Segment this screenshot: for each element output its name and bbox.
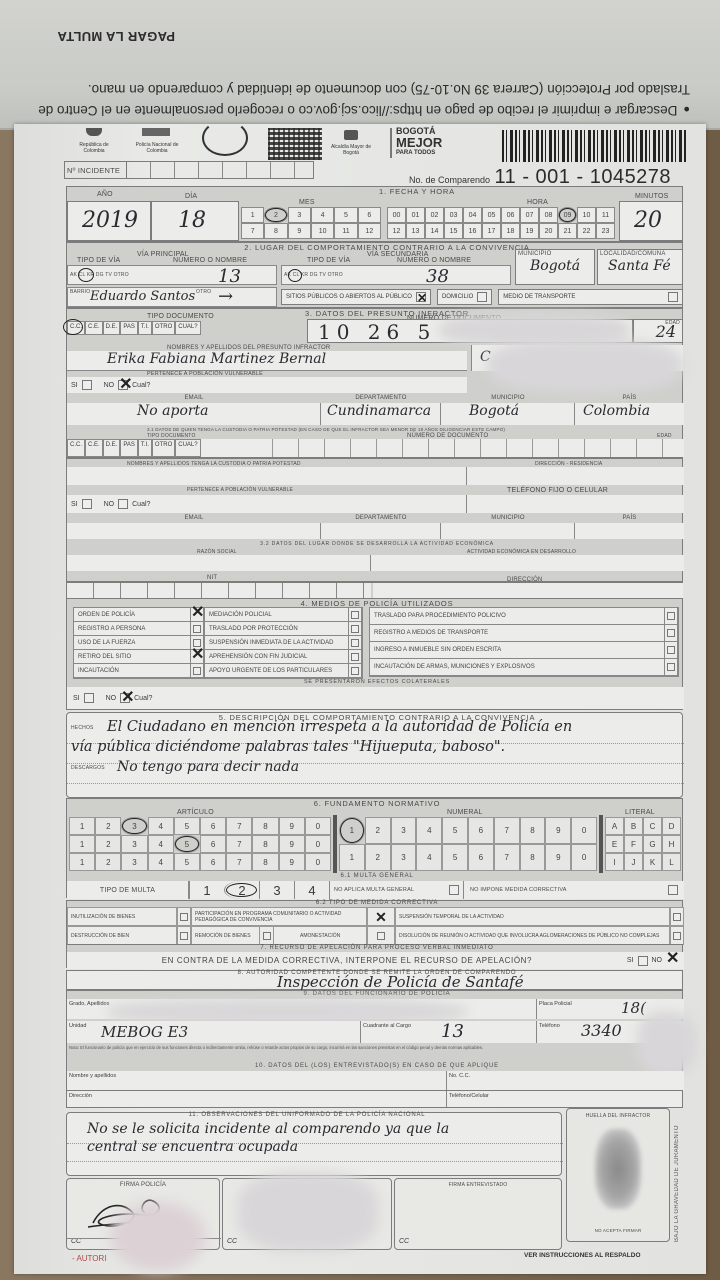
entrevistado-cc-field[interactable]: No. C.C. bbox=[447, 1071, 684, 1091]
domicilio-checkbox[interactable]: DOMICILIO bbox=[437, 289, 492, 305]
articulo-digit[interactable]: 0 bbox=[305, 817, 331, 835]
via-secundaria-kr-circle bbox=[288, 269, 302, 282]
numeral-digit[interactable]: 9 bbox=[545, 844, 571, 871]
numeral-digit[interactable]: 8 bbox=[520, 844, 546, 871]
medida-checkbox[interactable] bbox=[177, 926, 191, 945]
back-page: ●Descargar e imprimir el recibo de pago … bbox=[0, 0, 720, 130]
incidente-field[interactable]: Nº INCIDENTE bbox=[64, 161, 314, 179]
no-impone-medida-checkbox[interactable]: NO IMPONE MEDIDA CORRECTIVA bbox=[463, 881, 684, 899]
medio-checkbox[interactable]: TRASLADO POR PROTECCIÓN bbox=[205, 622, 362, 636]
numeral-digit[interactable]: 3 bbox=[391, 817, 417, 844]
section-fundamento: 6. FUNDAMENTO NORMATIVO ARTÍCULO NUMERAL… bbox=[66, 798, 683, 898]
medio-checkbox[interactable]: RETIRO DEL SITIO✕ bbox=[74, 650, 204, 664]
articulo-digit[interactable]: 9 bbox=[279, 835, 305, 853]
section-infractor: 3. DATOS DEL PRESUNTO INFRACTOR TIPO DOC… bbox=[66, 308, 683, 458]
legal-note: Nota: El funcionario de policía que en e… bbox=[69, 1045, 681, 1051]
section-lugar: 2. LUGAR DEL COMPORTAMIENTO CONTRARIO A … bbox=[66, 242, 683, 308]
tipo-doc-cc-circle bbox=[63, 319, 83, 335]
vulnerable-selector[interactable]: SI NO ✕ Cual? bbox=[67, 377, 467, 393]
articulo-digit[interactable]: 0 bbox=[305, 853, 331, 871]
section-apelacion: 7. RECURSO DE APELACIÓN PARA PROCESO VER… bbox=[66, 944, 683, 968]
hora-option[interactable]: 14 bbox=[425, 223, 444, 239]
articulo-digit[interactable]: 8 bbox=[252, 835, 278, 853]
mes-selector[interactable]: 123456789101112 bbox=[241, 207, 381, 239]
tipo-documento-option[interactable]: OTRO bbox=[152, 439, 175, 457]
x-mark-icon: ✕ bbox=[119, 380, 132, 390]
medio-transporte-checkbox[interactable]: MEDIO DE TRANSPORTE bbox=[498, 289, 683, 305]
medio-checkbox[interactable]: TRASLADO PARA PROCEDIMIENTO POLICIVO bbox=[370, 608, 678, 625]
articulo-digit[interactable]: 1 bbox=[69, 817, 95, 835]
literal-option[interactable]: G bbox=[643, 835, 662, 853]
custodia-direccion-field[interactable] bbox=[467, 467, 684, 485]
redacted-phone bbox=[637, 1011, 697, 1075]
section-fecha-hora: 1. FECHA Y HORA AÑO DÍA 2019 18 MES 1234… bbox=[66, 186, 683, 242]
autoridad-field[interactable]: Inspección de Policía de Santafé bbox=[277, 973, 524, 991]
articulo-digit[interactable]: 9 bbox=[279, 853, 305, 871]
articulo-digit[interactable]: 8 bbox=[252, 853, 278, 871]
observaciones-line-2[interactable]: central se encuentra ocupada bbox=[87, 1139, 298, 1155]
hora-option[interactable]: 16 bbox=[463, 223, 482, 239]
firma-entrevistado-box[interactable]: FIRMA ENTREVISTADO CC bbox=[394, 1178, 562, 1250]
articulo-digit[interactable]: 1 bbox=[69, 835, 95, 853]
medio-checkbox[interactable]: MEDIACIÓN POLICIAL bbox=[205, 608, 362, 622]
anio-field[interactable]: 2019 bbox=[67, 201, 151, 241]
observaciones-line-1[interactable]: No se le solicita incidente al comparend… bbox=[87, 1121, 449, 1137]
literal-option[interactable]: B bbox=[624, 817, 643, 835]
medida-checkbox[interactable]: ✕ bbox=[367, 907, 395, 926]
medio-checkbox[interactable]: APOYO URGENTE DE LOS PARTICULARES bbox=[205, 664, 362, 678]
dia-field[interactable]: 18 bbox=[151, 201, 239, 241]
literal-option[interactable]: L bbox=[662, 853, 681, 871]
literal-option[interactable]: I bbox=[605, 853, 624, 871]
hora-option[interactable]: 18 bbox=[501, 223, 520, 239]
hora-option[interactable]: 11 bbox=[596, 207, 615, 223]
literal-option[interactable]: J bbox=[624, 853, 643, 871]
section-descripcion: 5. DESCRIPCIÓN DEL COMPORTAMIENTO CONTRA… bbox=[66, 712, 683, 798]
numeral-digit[interactable]: 8 bbox=[520, 817, 546, 844]
medida-checkbox[interactable] bbox=[670, 926, 684, 945]
literal-option[interactable]: A bbox=[605, 817, 624, 835]
articulo-digit[interactable]: 3 bbox=[121, 835, 147, 853]
ver-instrucciones: VER INSTRUCCIONES AL RESPALDO bbox=[524, 1252, 641, 1259]
tipo-documento-option[interactable]: D.E. bbox=[103, 321, 121, 335]
barcode bbox=[502, 130, 688, 162]
articulo-digit[interactable]: 8 bbox=[252, 817, 278, 835]
mes-option[interactable]: 10 bbox=[311, 223, 334, 239]
mes-option[interactable]: 2 bbox=[264, 207, 287, 223]
mes-option[interactable]: 6 bbox=[358, 207, 381, 223]
section-funcionario: 9. DATOS DEL FUNCIONARIO DE POLICÍA Grad… bbox=[66, 990, 683, 1090]
logo-policia: Policía Nacional de Colombia bbox=[130, 142, 184, 154]
hora-option[interactable]: 23 bbox=[596, 223, 615, 239]
custodia-departamento-field[interactable] bbox=[321, 523, 441, 539]
pais-field[interactable]: Colombia bbox=[575, 403, 684, 425]
minutos-field[interactable]: 20 bbox=[619, 201, 683, 241]
tipo-documento-option[interactable]: C.E. bbox=[85, 321, 103, 335]
articulo-digit[interactable]: 0 bbox=[305, 835, 331, 853]
hora-option[interactable]: 00 bbox=[387, 207, 406, 223]
numeral-digit[interactable]: 1 bbox=[339, 844, 365, 871]
hora-option[interactable]: 22 bbox=[577, 223, 596, 239]
custodia-nombres-field[interactable] bbox=[67, 467, 467, 485]
entrevistado-nombre-field[interactable]: Nombre y apellidos bbox=[67, 1071, 447, 1091]
tipo-documento-option[interactable]: C.E. bbox=[85, 439, 103, 457]
section-observaciones: 11. OBSERVACIONES DEL UNIFORMADO DE LA P… bbox=[66, 1112, 562, 1176]
numeral-digit[interactable]: 5 bbox=[442, 844, 468, 871]
section-medios: 4. MEDIOS DE POLICÍA UTILIZADOS ORDEN DE… bbox=[66, 598, 683, 710]
header-logos: República de Colombia Policía Nacional d… bbox=[72, 128, 492, 162]
articulo-digit[interactable]: 3 bbox=[121, 853, 147, 871]
articulo-digit[interactable]: 9 bbox=[279, 817, 305, 835]
x-mark-icon: ✕ bbox=[417, 293, 427, 303]
tipo-documento-option[interactable]: D.E. bbox=[103, 439, 121, 457]
hora-option[interactable]: 08 bbox=[539, 207, 558, 223]
hora-option[interactable]: 06 bbox=[501, 207, 520, 223]
email-field[interactable]: No aporta bbox=[67, 403, 321, 425]
hora-option[interactable]: 01 bbox=[406, 207, 425, 223]
articulo-digit[interactable]: 6 bbox=[200, 835, 226, 853]
bullet-icon: ● bbox=[683, 103, 690, 115]
articulo-digit[interactable]: 4 bbox=[148, 835, 174, 853]
unidad-field[interactable]: Unidad MEBOG E3 bbox=[67, 1021, 361, 1043]
tipo-documento-option[interactable]: PAS bbox=[120, 439, 138, 457]
numeral-selector[interactable]: 12345678901234567890 bbox=[339, 817, 597, 871]
articulo-digit[interactable]: 7 bbox=[226, 853, 252, 871]
slogan: BOGOTÁ MEJOR PARA TODOS bbox=[396, 126, 442, 159]
descargos-field[interactable]: No tengo para decir nada bbox=[117, 759, 299, 775]
logo-republica: República de Colombia bbox=[72, 142, 116, 154]
municipio-field[interactable]: Bogotá bbox=[441, 403, 575, 425]
comparendo-form: República de Colombia Policía Nacional d… bbox=[14, 124, 706, 1274]
payment-instructions: ●Descargar e imprimir el recibo de pago … bbox=[30, 79, 690, 120]
bogota-shield-icon bbox=[344, 130, 358, 140]
tipo-documento-option[interactable]: C.C. bbox=[67, 439, 85, 457]
numeral-digit[interactable]: 3 bbox=[391, 844, 417, 871]
section-autoridad: 8. AUTORIDAD COMPETENTE DONDE SE REMITE … bbox=[66, 970, 683, 990]
municipio-field[interactable]: MUNICIPIO Bogotá bbox=[515, 249, 595, 285]
articulo-digit[interactable]: 5 bbox=[174, 835, 200, 853]
articulo-digit[interactable]: 2 bbox=[95, 853, 121, 871]
no-aplica-multa-checkbox[interactable]: NO APLICA MULTA GENERAL bbox=[329, 881, 463, 899]
numeral-digit[interactable]: 4 bbox=[416, 844, 442, 871]
hechos-line-1[interactable]: El Ciudadano en mención irrespeta a la a… bbox=[107, 719, 572, 735]
hora-option[interactable]: 20 bbox=[539, 223, 558, 239]
medio-checkbox[interactable]: SUSPENSIÓN INMEDIATA DE LA ACTIVIDAD bbox=[205, 636, 362, 650]
numeral-digit[interactable]: 6 bbox=[468, 817, 494, 844]
x-mark-icon: ✕ bbox=[121, 693, 134, 703]
circle-logo-icon bbox=[202, 120, 248, 156]
juramento-vertical-text: BAJO LA GRAVEDAD DE JURAMENTO bbox=[674, 1112, 680, 1242]
actividad-economica-field[interactable] bbox=[371, 555, 684, 571]
tipo-multa-selector[interactable]: 1234 bbox=[189, 881, 329, 899]
payment-title: PAGAR LA MULTA bbox=[57, 29, 175, 44]
tipo-multa-option[interactable]: 1 bbox=[189, 881, 224, 899]
qr-code bbox=[268, 128, 322, 160]
colombia-shield-icon bbox=[86, 128, 102, 136]
medida-checkbox[interactable] bbox=[259, 927, 273, 944]
tipo-documento-option[interactable]: T.I. bbox=[138, 439, 152, 457]
redacted-police-id bbox=[110, 1202, 206, 1272]
fingerprint-icon bbox=[595, 1129, 641, 1209]
numeral-digit[interactable]: 9 bbox=[545, 817, 571, 844]
edad-field[interactable]: EDAD 24 bbox=[633, 319, 683, 343]
mes-option[interactable]: 5 bbox=[334, 207, 357, 223]
hora-option[interactable]: 19 bbox=[520, 223, 539, 239]
colaterales-selector[interactable]: SI NO ✕ Cual? bbox=[67, 687, 684, 709]
via-secundaria-field[interactable]: AK CL KR DG TV OTRO 38 bbox=[281, 265, 511, 285]
articulo-digit[interactable]: 5 bbox=[174, 817, 200, 835]
custodia-vulnerable-selector[interactable]: SI NO Cual? bbox=[67, 495, 467, 513]
medida-checkbox[interactable] bbox=[670, 907, 684, 926]
articulo-digit[interactable]: 3 bbox=[121, 817, 147, 835]
autoridad-footer: - AUTORI bbox=[72, 1254, 107, 1263]
section-medida-correctiva: 6.2 TIPO DE MEDIDA CORRECTIVA INUTILIZAC… bbox=[66, 900, 683, 944]
medio-checkbox[interactable]: REGISTRO A PERSONA bbox=[74, 622, 204, 636]
hora-option[interactable]: 21 bbox=[558, 223, 577, 239]
medio-checkbox[interactable]: INCAUTACIÓN bbox=[74, 664, 204, 678]
mes-option[interactable]: 9 bbox=[288, 223, 311, 239]
numeral-digit[interactable]: 0 bbox=[571, 817, 597, 844]
articulo-digit[interactable]: 2 bbox=[95, 835, 121, 853]
mes-option[interactable]: 12 bbox=[358, 223, 381, 239]
articulo-digit[interactable]: 4 bbox=[148, 853, 174, 871]
tipo-multa-option[interactable]: 2 bbox=[224, 881, 259, 899]
police-badge-icon bbox=[142, 128, 170, 136]
literal-option[interactable]: H bbox=[662, 835, 681, 853]
section-custodia: NOMBRES Y APELLIDOS TENGA LA CUSTODIA O … bbox=[66, 458, 683, 582]
hora-option[interactable]: 13 bbox=[406, 223, 425, 239]
apelacion-selector[interactable]: SI NO ✕ bbox=[627, 956, 684, 966]
numeral-digit[interactable]: 5 bbox=[442, 817, 468, 844]
articulo-digit[interactable]: 5 bbox=[174, 853, 200, 871]
entrevistado-telefono-field[interactable]: Teléfono/Celular bbox=[447, 1091, 682, 1107]
sitios-publicos-checkbox[interactable]: SITIOS PÚBLICOS O ABIERTOS AL PÚBLICO ✕ bbox=[281, 289, 431, 305]
numeral-digit[interactable]: 7 bbox=[494, 844, 520, 871]
mes-option[interactable]: 7 bbox=[241, 223, 264, 239]
nombres-field[interactable]: Erika Fabiana Martinez Bernal bbox=[67, 351, 467, 371]
numeral-digit[interactable]: 7 bbox=[494, 817, 520, 844]
literal-option[interactable]: F bbox=[624, 835, 643, 853]
hora-option[interactable]: 15 bbox=[444, 223, 463, 239]
redacted-infractor-signature bbox=[238, 1172, 378, 1252]
hechos-line-2[interactable]: vía pública diciéndome palabras tales "H… bbox=[71, 739, 505, 755]
departamento-field[interactable]: Cundinamarca bbox=[321, 403, 441, 425]
custodia-email-field[interactable] bbox=[67, 523, 321, 539]
literal-option[interactable]: D bbox=[662, 817, 681, 835]
hora-option[interactable]: 12 bbox=[387, 223, 406, 239]
numeral-digit[interactable]: 4 bbox=[416, 817, 442, 844]
mes-option[interactable]: 1 bbox=[241, 207, 264, 223]
hora-option[interactable]: 02 bbox=[425, 207, 444, 223]
articulo-digit[interactable]: 1 bbox=[69, 853, 95, 871]
literal-option[interactable]: C bbox=[643, 817, 662, 835]
via-principal-cl-circle bbox=[78, 268, 94, 282]
tipo-documento-option[interactable]: OTRO bbox=[152, 321, 175, 335]
literal-option[interactable]: K bbox=[643, 853, 662, 871]
redacted-address bbox=[487, 339, 683, 393]
hora-option[interactable]: 05 bbox=[482, 207, 501, 223]
numeral-digit[interactable]: 6 bbox=[468, 844, 494, 871]
mes-option[interactable]: 3 bbox=[288, 207, 311, 223]
articulo-digit[interactable]: 4 bbox=[148, 817, 174, 835]
hora-option[interactable]: 09 bbox=[558, 207, 577, 223]
mes-option[interactable]: 8 bbox=[264, 223, 287, 239]
hora-option[interactable]: 10 bbox=[577, 207, 596, 223]
numeral-digit[interactable]: 1 bbox=[339, 817, 365, 844]
articulo-digit[interactable]: 7 bbox=[226, 817, 252, 835]
apelacion-question: EN CONTRA DE LA MEDIDA CORRECTIVA, INTER… bbox=[67, 956, 627, 965]
articulo-digit[interactable]: 2 bbox=[95, 817, 121, 835]
articulo-digit[interactable]: 6 bbox=[200, 853, 226, 871]
medio-checkbox[interactable]: INCAUTACIÓN DE ARMAS, MUNICIONES Y EXPLO… bbox=[370, 659, 678, 676]
mes-option[interactable]: 11 bbox=[334, 223, 357, 239]
articulo-digit[interactable]: 6 bbox=[200, 817, 226, 835]
razon-social-field[interactable] bbox=[67, 555, 371, 571]
tipo-documento-option[interactable]: CUAL? bbox=[175, 439, 200, 457]
numeral-digit[interactable]: 0 bbox=[571, 844, 597, 871]
articulo-digit[interactable]: 7 bbox=[226, 835, 252, 853]
numeral-digit[interactable]: 2 bbox=[365, 817, 391, 844]
tipo-multa-option[interactable]: 3 bbox=[259, 881, 294, 899]
x-mark-icon: ✕ bbox=[666, 954, 679, 964]
hora-option[interactable]: 03 bbox=[444, 207, 463, 223]
huella-box: HUELLA DEL INFRACTOR NO ACEPTA FIRMAR bbox=[566, 1108, 670, 1242]
hora-option[interactable]: 04 bbox=[463, 207, 482, 223]
x-mark-icon: ✕ bbox=[191, 650, 204, 660]
hora-selector[interactable]: 0001020304050607080910111213141516171819… bbox=[387, 207, 615, 239]
medio-checkbox[interactable]: APREHENSIÓN CON FIN JUDICIAL bbox=[205, 650, 362, 664]
tipo-documento-option[interactable]: T.I. bbox=[138, 321, 152, 335]
localidad-field[interactable]: LOCALIDAD/COMUNA Santa Fé bbox=[597, 249, 683, 285]
barrio-field[interactable]: BARRIO Eduardo Santos OTRO → bbox=[67, 287, 277, 307]
tipo-multa-row: TIPO DE MULTA 1234 NO APLICA MULTA GENER… bbox=[67, 881, 684, 899]
medio-checkbox[interactable]: USO DE LA FUERZA bbox=[74, 636, 204, 650]
x-mark-icon: ✕ bbox=[375, 912, 387, 922]
tipo-documento-option[interactable]: CUAL? bbox=[175, 321, 200, 335]
tipo-documento-option[interactable]: PAS bbox=[120, 321, 138, 335]
cuadrante-field[interactable]: Cuadrante al Cargo 13 bbox=[361, 1021, 537, 1043]
medio-checkbox[interactable]: INGRESO A INMUEBLE SIN ORDEN ESCRITA bbox=[370, 642, 678, 659]
entrevistado-direccion-field[interactable]: Dirección bbox=[67, 1091, 447, 1107]
medio-checkbox[interactable]: REGISTRO A MEDIOS DE TRANSPORTE bbox=[370, 625, 678, 642]
via-principal-field[interactable]: AK CL KR DG TV OTRO 13 bbox=[67, 265, 277, 285]
hora-option[interactable]: 17 bbox=[482, 223, 501, 239]
numeral-digit[interactable]: 2 bbox=[365, 844, 391, 871]
medida-checkbox[interactable] bbox=[367, 926, 395, 945]
hora-option[interactable]: 07 bbox=[520, 207, 539, 223]
articulo-selector[interactable]: 123456789012345678901234567890 bbox=[69, 817, 331, 871]
x-mark-icon: ✕ bbox=[191, 608, 204, 618]
literal-option[interactable]: E bbox=[605, 835, 624, 853]
custodia-telefono-field[interactable] bbox=[467, 495, 684, 513]
logo-alcaldia: Alcaldía Mayor de Bogotá bbox=[328, 144, 374, 156]
custodia-municipio-field[interactable] bbox=[441, 523, 575, 539]
medio-checkbox[interactable]: ORDEN DE POLICÍA✕ bbox=[74, 608, 204, 622]
medida-checkbox[interactable] bbox=[177, 907, 191, 926]
tipo-multa-option[interactable]: 4 bbox=[294, 881, 329, 899]
custodia-documento-row[interactable]: C.C.C.E.D.E.PAST.I.OTROCUAL? bbox=[67, 439, 684, 457]
mes-option[interactable]: 4 bbox=[311, 207, 334, 223]
literal-selector[interactable]: ABCDEFGHIJKL bbox=[605, 817, 681, 871]
tipo-documento-selector[interactable]: C.C.C.E.D.E.PAST.I.OTROCUAL? bbox=[67, 321, 247, 335]
custodia-pais-field[interactable] bbox=[575, 523, 684, 539]
